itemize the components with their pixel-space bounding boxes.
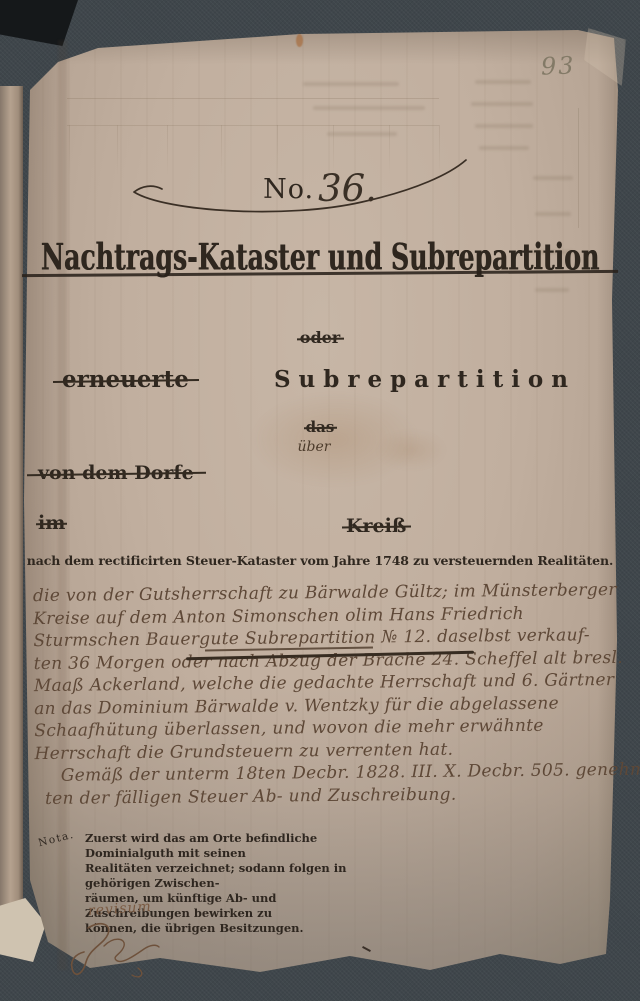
- subtitle-struck-word: erneuerte: [62, 366, 189, 393]
- folio-number-pencil: 93: [541, 51, 577, 80]
- subtitle-line: erneuerte Subrepartition: [62, 366, 576, 393]
- connector-word: oder: [0, 328, 640, 347]
- kataster-line: nach dem rectificirten Steuer-Kataster v…: [16, 553, 624, 568]
- underlying-page-edge: [0, 86, 23, 930]
- rust-spot: [296, 34, 303, 47]
- nota-line: Realitäten verzeichnet; sodann folgen in…: [85, 861, 365, 891]
- place-line: von dem Dorfe: [38, 462, 194, 484]
- signature-flourish: [60, 916, 190, 982]
- article-word-row: das: [0, 418, 640, 436]
- nota-line: Zuerst wird das am Orte befindliche Domi…: [85, 831, 365, 861]
- inserted-word-handwritten: über: [0, 439, 628, 455]
- flourish-underline: [128, 156, 470, 220]
- manuscript-text-block: die von der Gutsherrschaft zu Bärwalde G…: [33, 579, 621, 810]
- im-word: im: [38, 512, 65, 534]
- scan-canvas: 93 No.36. Nachtrags-Kataster und Subrepa…: [0, 0, 640, 1001]
- kreis-word: Kreiß: [346, 515, 406, 537]
- subtitle-main-word: Subrepartition: [274, 366, 576, 393]
